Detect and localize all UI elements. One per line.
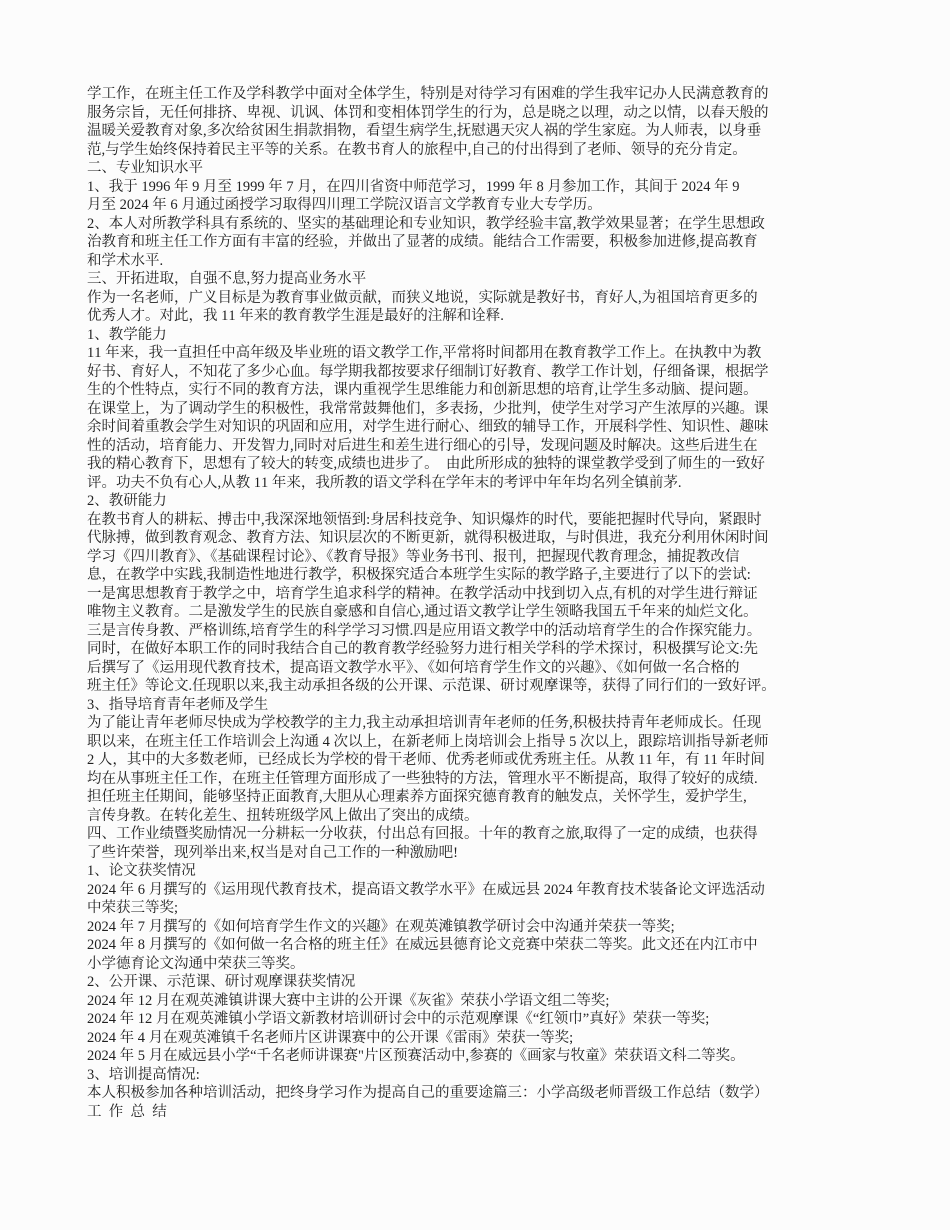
text-line: 优秀人才。对此，我 11 年来的教育教学生涯是最好的注解和诠释.	[87, 307, 887, 326]
text-line: 作为一名老师，广义目标是为教育事业做贡献，而狭义地说，实际就是教好书，育好人,为…	[87, 289, 887, 308]
text-line: 我的精心教育下，思想有了较大的转变,成绩也进步了。 由此所形成的独特的课堂教学受…	[87, 455, 887, 474]
text-line: 好书、育好人，不知花了多少心血。每学期我都按要求仔细制订好教育、教学工作计划，仔…	[87, 363, 887, 382]
text-line: 2024 年 6 月撰写的《运用现代教育技术，提高语文教学水平》在威远县 202…	[87, 881, 887, 900]
text-line: 3、指导培育青年老师及学生	[87, 696, 887, 715]
text-line: 四、工作业绩暨奖励情况一分耕耘一分收获，付出总有回报。十年的教育之旅,取得了一定…	[87, 825, 887, 844]
text-line: 工 作 总 结	[87, 1103, 887, 1122]
text-line: 2024 年 7 月撰写的《如何培育学生作文的兴趣》在观英滩镇教学研讨会中沟通并…	[87, 918, 887, 937]
text-line: 言传身教。在转化差生、扭转班级学风上做出了突出的成绩。	[87, 807, 887, 826]
text-line: 了些许荣誉，现列举出来,权当是对自己工作的一种激励吧!	[87, 844, 887, 863]
text-line: 和学术水平.	[87, 252, 887, 271]
text-line: 息，在教学中实践,我制造性地进行教学，积极探究适合本班学生实际的教学路子,主要进…	[87, 566, 887, 585]
text-line: 一是寓思想教育于教学之中，培育学生追求科学的精神。在教学活动中找到切入点,有机的…	[87, 585, 887, 604]
text-line: 治教育和班主任工作方面有丰富的经验，并做出了显著的成绩。能结合工作需要，积极参加…	[87, 233, 887, 252]
text-line: 班主任》等论文.任现职以来,我主动承担各级的公开课、示范课、研讨观摩课等，获得了…	[87, 677, 887, 696]
text-line: 中荣获三等奖;	[87, 899, 887, 918]
text-line: 2、本人对所教学科具有系统的、坚实的基础理论和专业知识，教学经验丰富,教学效果显…	[87, 215, 887, 234]
text-line: 三、开拓进取，自强不息,努力提高业务水平	[87, 270, 887, 289]
text-line: 代脉搏，做到教育观念、教育方法、知识层次的不断更新，就得积极进取，与时俱进，我充…	[87, 529, 887, 548]
document-page: 学工作，在班主任工作及学科教学中面对全体学生，特别是对待学习有困难的学生我牢记办…	[87, 85, 887, 1121]
text-line: 生的个性特点，实行不同的教育方法，课内重视学生思维能力和创新思想的培育,让学生多…	[87, 381, 887, 400]
text-line: 均在从事班主任工作，在班主任管理方面形成了一些独特的方法，管理水平不断提高，取得…	[87, 770, 887, 789]
text-line: 三是言传身教、严格训练,培育学生的科学学习习惯.四是应用语文教学中的活动培育学生…	[87, 622, 887, 641]
text-line: 2024 年 12 月在观英滩镇小学语文新教材培训研讨会中的示范观摩课《“红领巾…	[87, 1010, 887, 1029]
text-line: 1、论文获奖情况	[87, 862, 887, 881]
text-line: 2024 年 5 月在威远县小学“千名老师讲课赛"片区预赛活动中,参赛的《画家与…	[87, 1047, 887, 1066]
text-line: 范,与学生始终保持着民主平等的关系。在教书育人的旅程中,自己的付出得到了老师、领…	[87, 141, 887, 160]
text-line: 唯物主义教育。二是激发学生的民族自豪感和自信心,通过语文教学让学生领略我国五千年…	[87, 603, 887, 622]
text-line: 2、教研能力	[87, 492, 887, 511]
text-line: 服务宗旨，无任何排挤、卑视、讥讽、体罚和变相体罚学生的行为，总是晓之以理，动之以…	[87, 104, 887, 123]
text-line: 学习《四川教育》、《基础课程讨论》、《教育导报》等业务书刊、报刊，把握现代教育理…	[87, 548, 887, 567]
text-line: 性的活动，培育能力、开发智力,同时对后进生和差生进行细心的引导，发现问题及时解决…	[87, 437, 887, 456]
text-line: 1、我于 1996 年 9 月至 1999 年 7 月，在四川省资中师范学习，1…	[87, 178, 887, 197]
text-line: 学工作，在班主任工作及学科教学中面对全体学生，特别是对待学习有困难的学生我牢记办…	[87, 85, 887, 104]
text-line: 3、培训提高情况:	[87, 1066, 887, 1085]
text-line: 温暖关爱教育对象,多次给贫困生捐款捐物，看望生病学生,抚慰遇天灾人祸的学生家庭。…	[87, 122, 887, 141]
text-line: 2024 年 8 月撰写的《如何做一名合格的班主任》在威远县德育论文竞赛中荣获二…	[87, 936, 887, 955]
document-canvas: { "page": { "background_color": "#fcfcfc…	[0, 0, 950, 1230]
text-line: 职以来，在班主任工作培训会上沟通 4 次以上，在新老师上岗培训会上指导 5 次以…	[87, 733, 887, 752]
text-line: 2、公开课、示范课、研讨观摩课获奖情况	[87, 973, 887, 992]
text-line: 2 人，其中的大多数老师，已经成长为学校的骨干老师、优秀老师或优秀班主任。从教 …	[87, 751, 887, 770]
text-line: 同时，在做好本职工作的同时我结合自己的教育教学经验努力进行相关学科的学术探讨，积…	[87, 640, 887, 659]
text-line: 2024 年 4 月在观英滩镇千名老师片区讲课赛中的公开课《雷雨》荣获一等奖;	[87, 1029, 887, 1048]
text-line: 月至 2024 年 6 月通过函授学习取得四川理工学院汉语言文学教育专业大专学历…	[87, 196, 887, 215]
text-line: 本人积极参加各种培训活动，把终身学习作为提高自己的重要途篇三：小学高级老师晋级工…	[87, 1084, 887, 1103]
text-line: 二、专业知识水平	[87, 159, 887, 178]
text-line: 2024 年 12 月在观英滩镇讲课大赛中主讲的公开课《灰雀》荣获小学语文组二等…	[87, 992, 887, 1011]
text-line: 1、教学能力	[87, 326, 887, 345]
text-line: 评。功夫不负有心人,从教 11 年来，我所教的语文学科在学年末的考评中年年均名列…	[87, 474, 887, 493]
text-line: 小学德育论文沟通中荣获三等奖。	[87, 955, 887, 974]
text-line: 11 年来，我一直担任中高年级及毕业班的语文教学工作,平常将时间都用在教育教学工…	[87, 344, 887, 363]
text-line: 余时间着重教会学生对知识的巩固和应用，对学生进行耐心、细致的辅导工作，开展科学性…	[87, 418, 887, 437]
text-line: 后撰写了《运用现代教育技术，提高语文教学水平》、《如何培育学生作文的兴趣》、《如…	[87, 659, 887, 678]
text-line: 担任班主任期间，能够坚持正面教育,大胆从心理素养方面探究德育教育的触发点，关怀学…	[87, 788, 887, 807]
text-line: 在课堂上，为了调动学生的积极性，我常常鼓舞他们，多表扬，少批判，使学生对学习产生…	[87, 400, 887, 419]
text-line: 在教书育人的耕耘、搏击中,我深深地领悟到:身居科技竞争、知识爆炸的时代，要能把握…	[87, 511, 887, 530]
text-line: 为了能让青年老师尽快成为学校教学的主力,我主动承担培训青年老师的任务,积极扶持青…	[87, 714, 887, 733]
